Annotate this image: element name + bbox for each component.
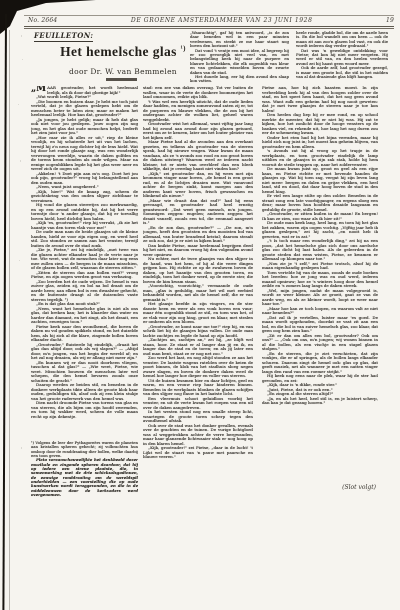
paragraph: 't Was wel een heerlijk uitzicht, dat de… (143, 100, 253, 123)
title-divider-rule (106, 78, 137, 81)
paragraph: „Ja, en als het heel, heel stil is, en j… (262, 397, 378, 406)
column-1-paragraphs: „Wat wordt leelijk, Pietse?"„Die boomen … (31, 95, 138, 419)
paragraph: „Zachtjes an, zachtjes an," zei hij, „ze… (143, 338, 253, 356)
paragraph: „Zie je, Pietse," zei hij eindelijk, „me… (31, 248, 138, 271)
paragraph: „Kijk, hier!" Wat de knaap zag, scheen d… (31, 190, 138, 204)
section-label: FEUILLETON: (34, 31, 93, 42)
paragraph: Het glaasje beefde in zijn vingers, en d… (143, 302, 253, 325)
paragraph: De oude man nam de beide glaasjes uit de… (31, 230, 138, 248)
paragraph: stad: een zee van daken overzag. Tot ver… (143, 86, 253, 100)
issue-number: No. 2664 (28, 17, 57, 24)
paragraph: Hij vond die glazen sterretjes zoo merkw… (31, 203, 138, 221)
paragraph: In het westen stond nog een smalle stree… (143, 410, 253, 424)
paragraph: Pietse aan, hoe hij zich haasten moest. … (262, 86, 378, 113)
text-column-2: stad: een zee van daken overzag. Tot ver… (143, 86, 253, 483)
text-column-top-right: heele ronde, gladde bol, die om de aarde… (296, 31, 388, 84)
continuation-note: (Slot volgt) (262, 484, 378, 491)
paragraph: „'t Is toch maar een wonderlijk ding," z… (262, 239, 378, 262)
scan-speck: : (21, 446, 22, 450)
paragraph: Nu echter, met de twee glaasjes van den … (143, 257, 253, 284)
paragraph: „Waarachtig", gaf hij ten antwoord, „is … (190, 31, 289, 49)
paragraph: Een vleermuis schoot geluidloos voorbij … (143, 397, 253, 411)
paragraph: „Zoo leerden het de oude wijzen. De heme… (31, 280, 138, 303)
paragraph: Pietse keek naar den avondhemel, die bov… (31, 325, 138, 343)
text-column-top-left: „Waarachtig", gaf hij ten antwoord, „is … (190, 31, 289, 84)
paragraph: Dan knikte Pietse, maar heelemaal begrij… (143, 244, 253, 258)
paragraph: „Zit er dan om alles een bol, grootvader… (262, 334, 378, 352)
paragraph: Er viel een lange stilte op den zolder. … (262, 194, 378, 212)
article-byline: door Dr. W. van Bemmelen (40, 67, 206, 76)
paragraph: „Dat zal ik je vertellen, luister maar '… (262, 316, 378, 334)
paragraph: Zoo werd het laat, en nog altijd stonden… (143, 356, 253, 379)
paragraph: „Neen, want het hemelsche glas is niet a… (31, 307, 138, 325)
paragraph: heele ronde, gladde bol, die om de aarde… (296, 31, 388, 49)
article-title: Het hemelsche glas ¹) (40, 44, 206, 60)
text-column-1: „MAAR grootvader, het wordt heelemaal le… (31, 86, 138, 438)
paragraph: Ook over de stad was het donker gevallen… (143, 424, 253, 447)
text-column-3: Pietse aan, hoe hij zich haasten moest. … (262, 86, 378, 478)
paragraph: Dat vond 't ventje een mooi idee, al beg… (190, 49, 289, 75)
scan-speck: : (21, 34, 22, 38)
scan-speck: ' (20, 160, 21, 164)
header-rule-bottom-1 (24, 26, 394, 27)
paragraph: „Kijk, grootvader!" zei Pietse, „daar in… (143, 446, 253, 460)
paragraph: „Akkelen! 't Doet pijn aan m'n oog. Doet… (31, 172, 138, 186)
title-block: Het hemelsche glas ¹) door Dr. W. van Be… (40, 44, 206, 76)
page-number: 19 (386, 17, 394, 24)
scan-speck: . (22, 57, 23, 61)
paragraph: Onder het eten had hij het bijna verrade… (262, 136, 378, 150)
page-header: No. 2664 DE GROENE AMSTERDAMMER VAN 23 J… (28, 17, 394, 24)
paragraph: 's Avonds zat hij al vroeg op het trapje… (262, 149, 378, 167)
header-rule-bottom-2 (24, 28, 394, 29)
paragraph: De maan kwam juist op, groot en geel als… (262, 167, 378, 194)
paragraph: „En de sterren, die je ziet verschieten,… (262, 352, 378, 375)
masthead: DE GROENE AMSTERDAMMER VAN 23 JUNI 1928 (131, 17, 313, 24)
footnote-block: ¹) Volgens de leer der Pythagoreërs ware… (31, 441, 138, 501)
drop-cap: „M (31, 86, 47, 94)
paragraph: „Die boomen en huizen daar. Je hebt me t… (31, 100, 138, 118)
paragraph: ¹) Volgens de leer der Pythagoreërs ware… (31, 441, 138, 458)
paragraph: „Voorzichtig, voorzichtig," vermaande de… (143, 284, 253, 302)
paragraph: „Grootvader," fluisterde hij eindelijk, … (31, 343, 138, 361)
scan-speck: . (19, 258, 20, 262)
paragraph: Plato veraanschouwelijkte het denkbeeld … (31, 458, 138, 497)
paragraph: „En kunnen wij er dan nooit doorheen vli… (31, 361, 138, 384)
article-title-text: Het hemelsche glas (60, 44, 177, 59)
paragraph: „Grootvader, ze komt naar me toe!" riep … (143, 325, 253, 339)
scan-speck: . (18, 102, 19, 106)
paragraph: De oude man keek lang, heel lang, en toe… (262, 221, 378, 239)
paragraph: „En de zon dan, grootvader?" — „De zon, … (143, 226, 253, 244)
scan-edge-line-faint (9, 30, 10, 610)
paragraph: Daarop werden ze beiden stil, en beneden… (31, 383, 138, 401)
paragraph: Toen vertelde hij van de maan, zooals de… (262, 271, 378, 289)
paragraph: „Ja jongen, je hebt gelijk; maar ik heb … (31, 118, 138, 136)
paragraph: „Wel, mijn jongen, nadat de maan volgegr… (262, 289, 378, 307)
paragraph: Maar Pietse had al die avonden aan den o… (143, 140, 253, 172)
paragraph: Ook de aarde zelf, had grootvader gezegd… (296, 66, 388, 79)
paragraph: „Kijk," zei grootvader dan, en hij wees … (143, 172, 253, 199)
paragraph: Den heelen dag liep hij er mee rond, en … (262, 113, 378, 136)
paragraph: Uit de huizen kwamen hier en daar lichtj… (143, 379, 253, 397)
paragraph: Het duurde lang, eer hij dien avond den … (190, 75, 289, 84)
paragraph: Grootvader wist het allemaal, want vijft… (143, 122, 253, 140)
paragraph: Dien nacht droomde Pietse van torens van… (31, 401, 138, 419)
scan-edge-line (2, 14, 7, 610)
footnote-reference: ¹) (181, 45, 186, 53)
paragraph: „Hoe raar zie ik alles er uit," riep de … (31, 136, 138, 172)
paragraph: „Maar wie draait dan dat rad?" had hij e… (143, 199, 253, 226)
paragraph: Dat was 'n geweldige ontdekking voor Pie… (296, 49, 388, 67)
